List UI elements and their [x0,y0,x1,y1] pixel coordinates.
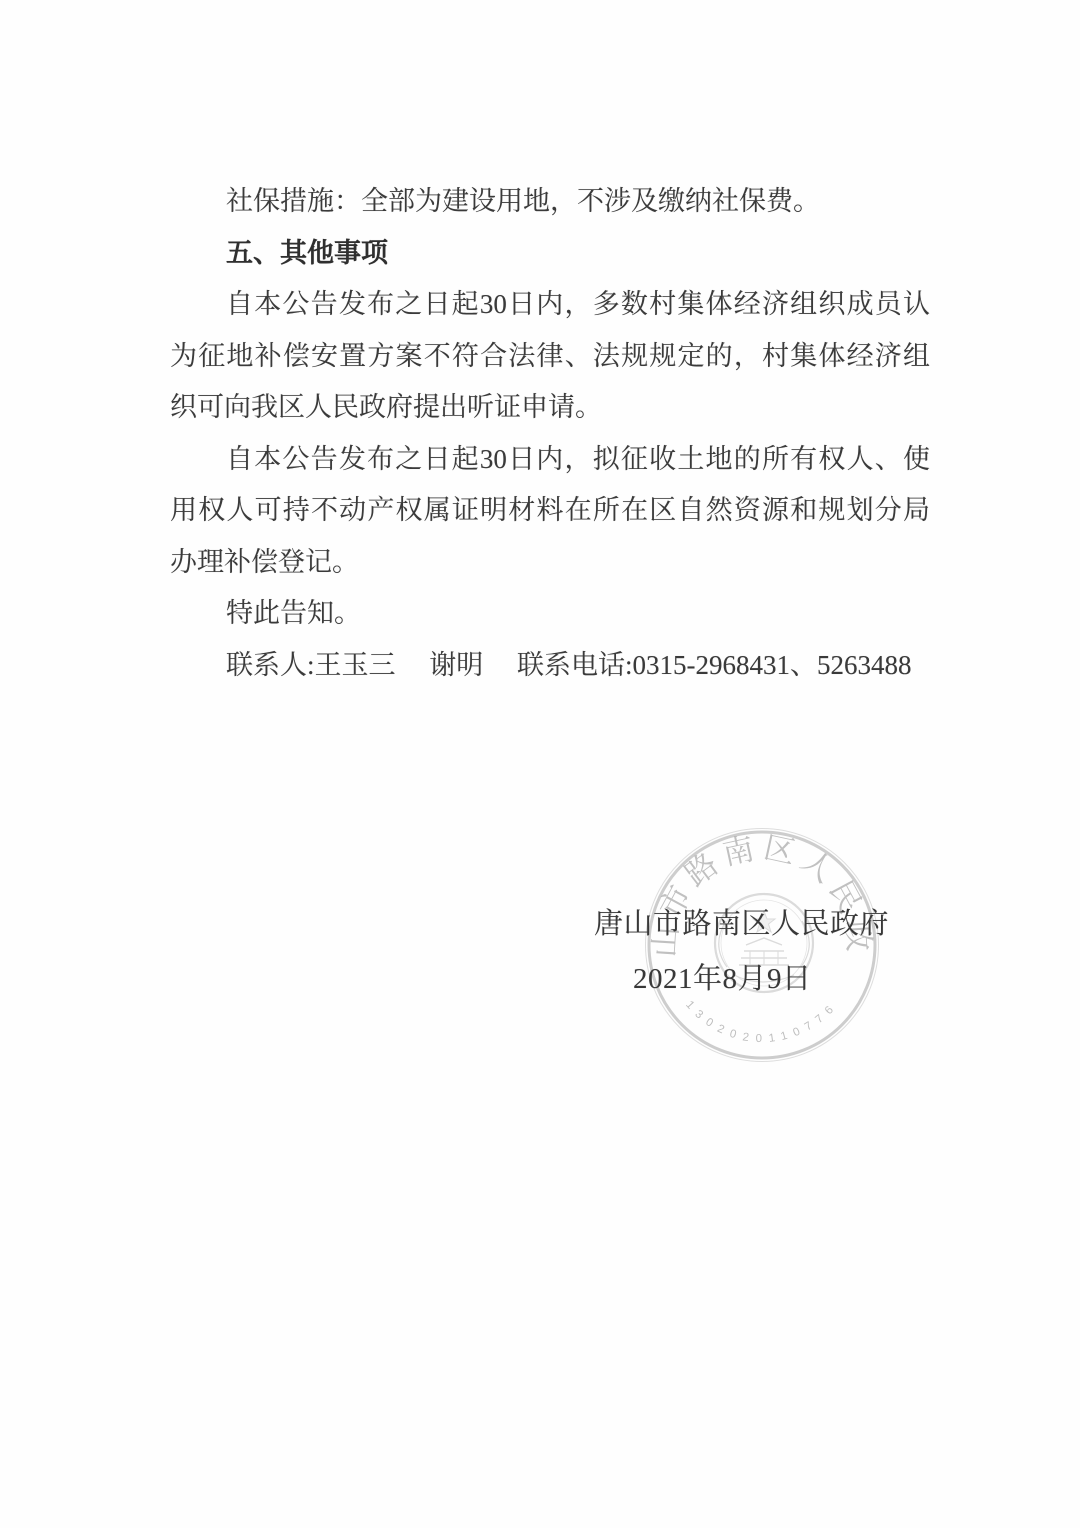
signature-issuer: 唐山市路南区人民政府 [594,901,889,942]
official-seal-stamp: 唐山市路南区人民政府 1302020110776 [642,825,882,1065]
section-heading: 五、其他事项 [170,228,930,280]
body-line: 用权人可持不动产权属证明材料在所在区自然资源和规划分局 [170,485,930,537]
seal-code: 1302020110776 [683,999,841,1045]
contact-line: 联系人:王玉三 谢明 联系电话:0315-2968431、5263488 [170,640,930,692]
body-line: 社保措施：全部为建设用地，不涉及缴纳社保费。 [170,176,930,228]
body-line: 自本公告发布之日起30日内，多数村集体经济组织成员认 [170,279,930,331]
body-line: 办理补偿登记。 [170,537,930,589]
body-line: 织可向我区人民政府提出听证申请。 [170,382,930,434]
body-line: 为征地补偿安置方案不符合法律、法规规定的，村集体经济组 [170,331,930,383]
announcement-body: 社保措施：全部为建设用地，不涉及缴纳社保费。 五、其他事项 自本公告发布之日起3… [170,176,930,691]
signature-date: 2021年8月9日 [633,956,812,997]
body-line: 自本公告发布之日起30日内，拟征收土地的所有权人、使 [170,434,930,486]
svg-text:1302020110776: 1302020110776 [683,999,841,1045]
announcement-page: 社保措施：全部为建设用地，不涉及缴纳社保费。 五、其他事项 自本公告发布之日起3… [0,0,1080,1528]
body-line: 特此告知。 [170,588,930,640]
